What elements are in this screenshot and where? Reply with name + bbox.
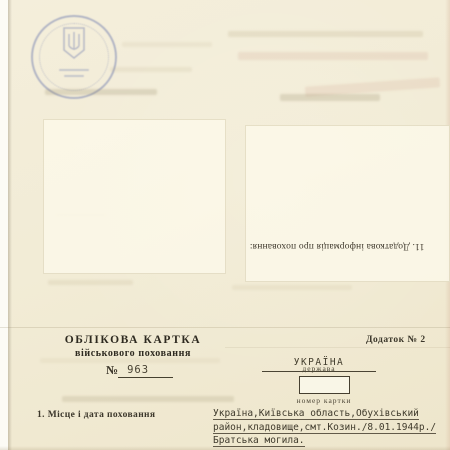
scan-edge-left-shadow [8, 0, 12, 450]
card-title: ОБЛІКОВА КАРТКА [40, 334, 226, 346]
bleed-through-text [122, 42, 212, 47]
scan-edge-left [0, 0, 8, 450]
appendix-label: Додаток № 2 [366, 335, 426, 345]
card-subtitle: військового поховання [40, 348, 226, 359]
card-number-box [299, 376, 350, 394]
bleed-through-text [280, 94, 380, 101]
card-number-field: номер картки [289, 376, 359, 405]
pasted-sheet-right [245, 125, 450, 282]
bleed-through-text [110, 67, 192, 72]
burial-place-line: район,кладовище,смт.Козин./8.01.1944р./ [213, 422, 449, 436]
scanned-burial-record-card: 11. Додаткова інформація про поховання: … [0, 0, 450, 450]
seal-text-line [59, 69, 89, 71]
card-title-block: ОБЛІКОВА КАРТКА військового поховання [40, 334, 226, 359]
burial-place-value: Україна,Київська область,Обухівський рай… [213, 408, 449, 449]
burial-place-line-text: район,кладовище,смт.Козин./8.01.1944р./ [213, 422, 436, 434]
bleed-through-text [232, 285, 352, 290]
burial-place-line: Україна,Київська область,Обухівський [213, 408, 449, 422]
burial-place-line: Братська могила. [213, 435, 449, 449]
bleed-through-text [62, 396, 234, 402]
burial-place-label: 1. Місце і дата поховання [37, 410, 155, 420]
round-seal-trident-icon [31, 15, 117, 99]
paper-crease [225, 347, 450, 348]
bleed-through-text [48, 280, 133, 285]
card-number-caption: номер картки [289, 396, 359, 405]
rotated-note-additional-info: 11. Додаткова інформація про поховання: [230, 241, 444, 251]
number-sign: № [106, 363, 118, 378]
burial-place-line-text: Братська могила. [213, 435, 305, 447]
bleed-through-text [228, 31, 423, 37]
bleed-through-text [238, 52, 428, 60]
country-caption: держава [262, 364, 376, 373]
seal-text-line [64, 75, 84, 77]
card-number-row: № 963 [106, 363, 173, 378]
burial-place-line-text: Україна,Київська область,Обухівський [213, 408, 419, 420]
trident-emblem-icon [61, 26, 87, 60]
bleed-through-text [45, 89, 157, 95]
card-number-value: 963 [118, 364, 173, 378]
paper-crease [0, 327, 450, 328]
pasted-sheet-left [43, 119, 226, 274]
